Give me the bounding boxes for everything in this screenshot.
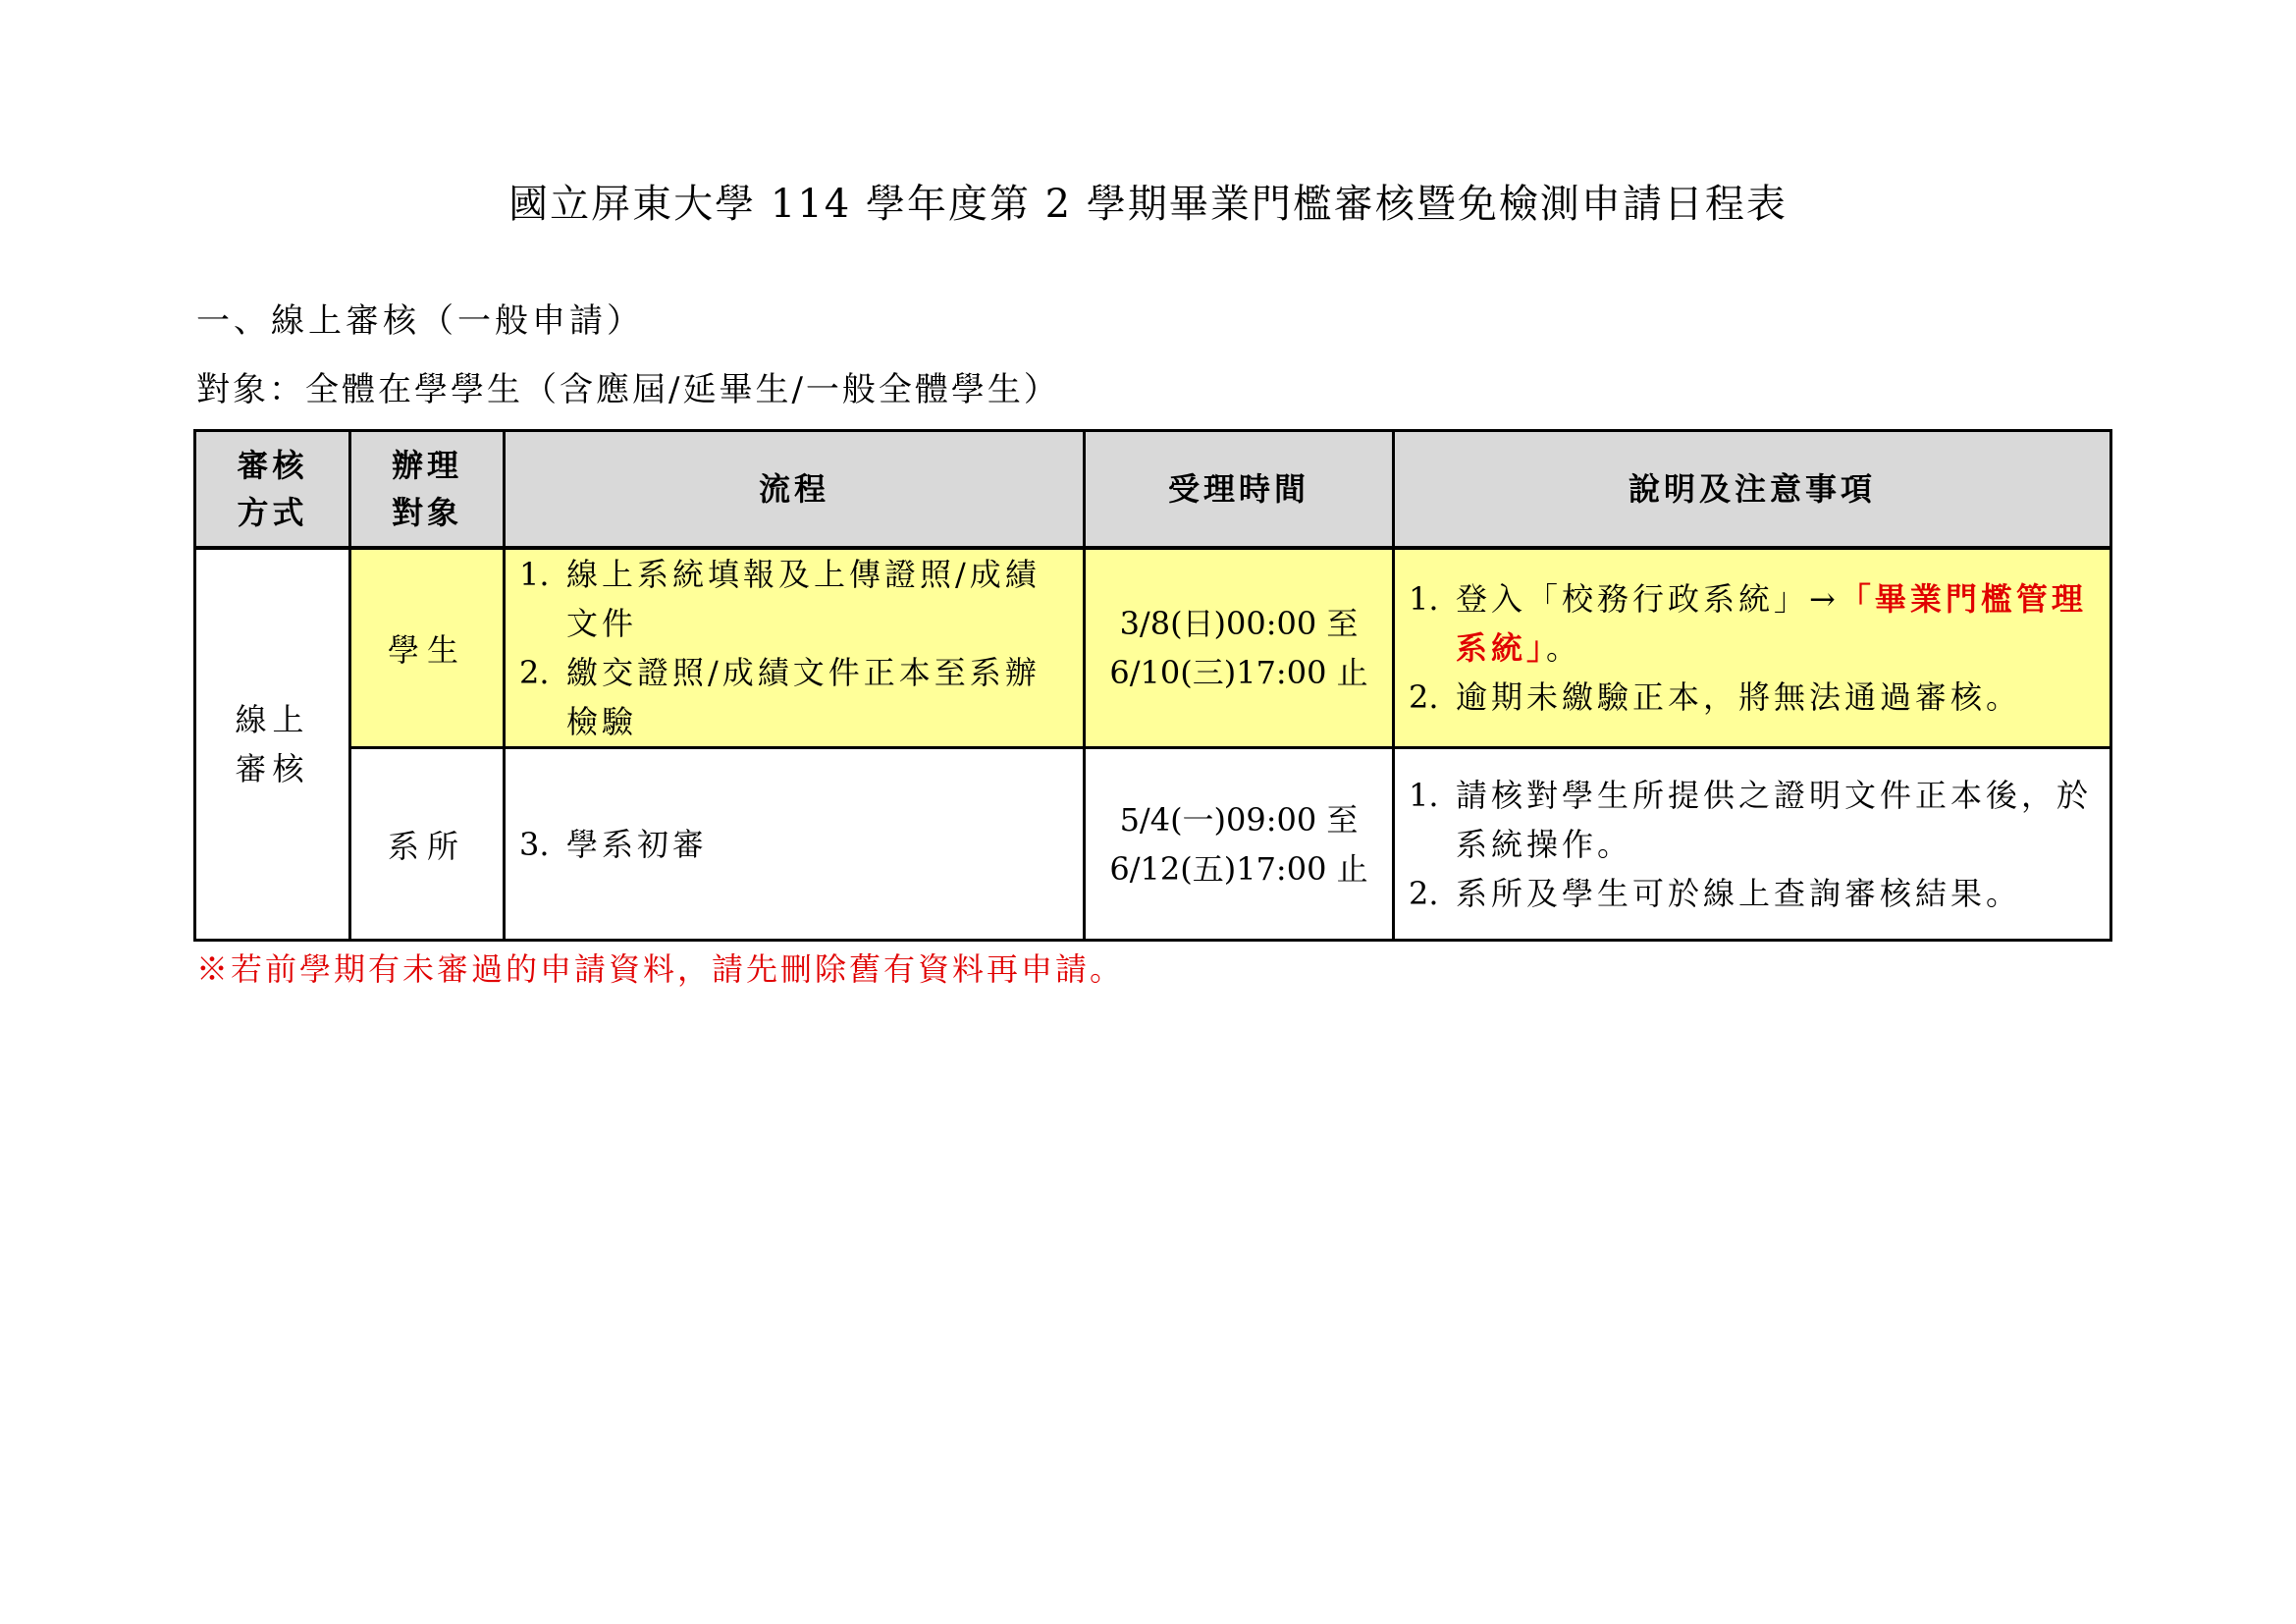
method-text: 線上 [196, 695, 348, 744]
section-heading: 一、線上審核（一般申請） [196, 297, 644, 346]
header-review-method: 審核 方式 [195, 431, 350, 549]
notes-cell: 1.請核對學生所提供之證明文件正本後，於系統操作。 2.系所及學生可於線上查詢審… [1394, 748, 2111, 941]
table-row: 系所 3.學系初審 5/4(一)09:00 至 6/12(五)17:00 止 1… [195, 748, 2111, 941]
header-text: 對象 [351, 489, 503, 536]
acceptance-time-cell: 5/4(一)09:00 至 6/12(五)17:00 止 [1085, 748, 1394, 941]
handler-cell: 系所 [350, 748, 505, 941]
target-audience-line: 對象：全體在學學生（含應屆/延畢生/一般全體學生） [196, 365, 1060, 414]
process-step: 1.線上系統填報及上傳證照/成績文件 [519, 550, 1069, 648]
process-cell: 3.學系初審 [505, 748, 1085, 941]
note-item: 2.系所及學生可於線上查詢審核結果。 [1409, 869, 2096, 918]
header-handler: 辦理 對象 [350, 431, 505, 549]
note-item: 1.登入「校務行政系統」→「畢業門檻管理系統」。 [1409, 574, 2096, 673]
time-from: 5/4(一)09:00 至 [1086, 795, 1392, 844]
acceptance-time-cell: 3/8(日)00:00 至 6/10(三)17:00 止 [1085, 548, 1394, 748]
time-to: 6/10(三)17:00 止 [1086, 648, 1392, 697]
method-text: 審核 [196, 744, 348, 793]
header-acceptance-time: 受理時間 [1085, 431, 1394, 549]
table-header-row: 審核 方式 辦理 對象 流程 受理時間 說明及注意事項 [195, 431, 2111, 549]
handler-cell: 學生 [350, 548, 505, 748]
notes-cell: 1.登入「校務行政系統」→「畢業門檻管理系統」。 2.逾期未繳驗正本，將無法通過… [1394, 548, 2111, 748]
header-notes: 說明及注意事項 [1394, 431, 2111, 549]
time-from: 3/8(日)00:00 至 [1086, 599, 1392, 648]
process-step: 3.學系初審 [519, 820, 1069, 869]
note-item: 2.逾期未繳驗正本，將無法通過審核。 [1409, 673, 2096, 722]
footnote-warning: ※若前學期有未審過的申請資料，請先刪除舊有資料再申請。 [196, 947, 1124, 992]
header-text: 方式 [196, 489, 348, 536]
time-to: 6/12(五)17:00 止 [1086, 844, 1392, 893]
table-row: 線上 審核 學生 1.線上系統填報及上傳證照/成績文件 2.繳交證照/成績文件正… [195, 548, 2111, 748]
document-title: 國立屏東大學 114 學年度第 2 學期畢業門檻審核暨免檢測申請日程表 [0, 175, 2296, 234]
schedule-table: 審核 方式 辦理 對象 流程 受理時間 說明及注意事項 線上 審核 學生 1.線… [193, 429, 2112, 942]
note-item: 1.請核對學生所提供之證明文件正本後，於系統操作。 [1409, 771, 2096, 869]
process-cell: 1.線上系統填報及上傳證照/成績文件 2.繳交證照/成績文件正本至系辦檢驗 [505, 548, 1085, 748]
header-text: 審核 [196, 442, 348, 489]
header-process: 流程 [505, 431, 1085, 549]
header-text: 辦理 [351, 442, 503, 489]
review-method-cell: 線上 審核 [195, 548, 350, 941]
process-step: 2.繳交證照/成績文件正本至系辦檢驗 [519, 648, 1069, 746]
